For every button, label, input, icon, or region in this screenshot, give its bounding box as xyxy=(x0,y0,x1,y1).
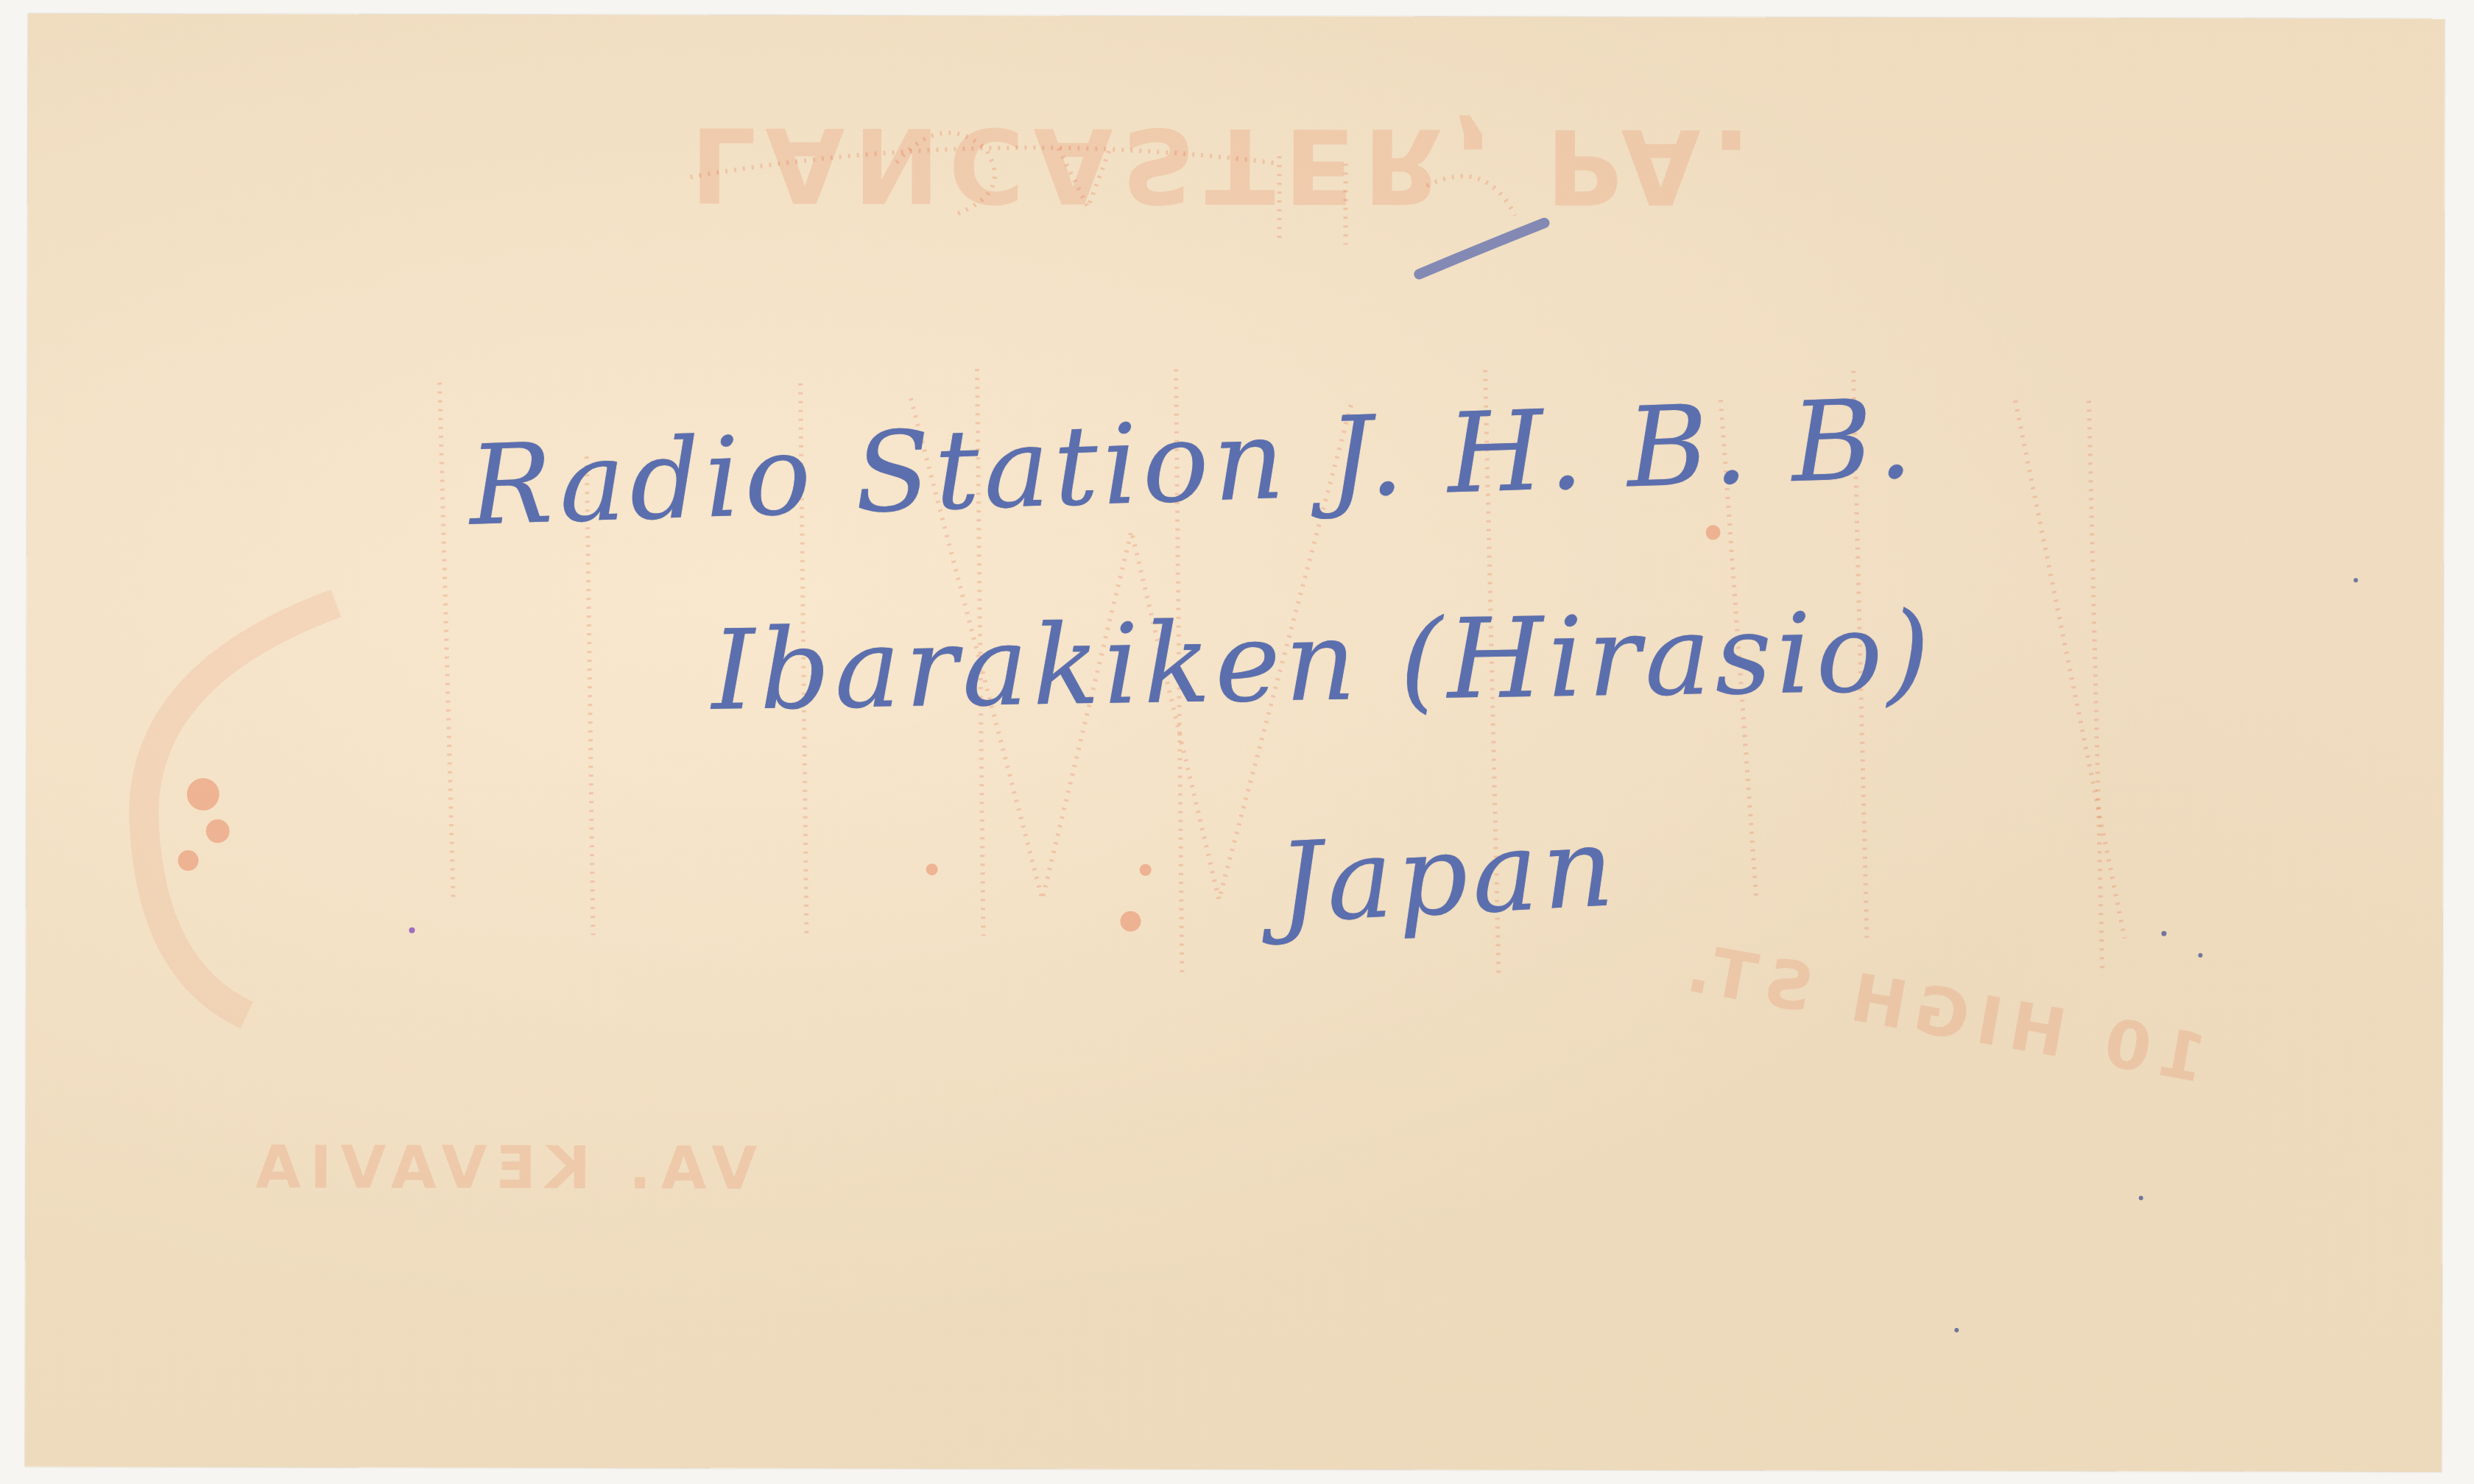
ink-speck xyxy=(2198,953,2202,958)
address-line-prefecture: Ibarakiken (Hirasio) xyxy=(711,589,1935,735)
scan-background: LANCASTER, PA. VA. KEVAVIA 10 HIGH ST. R… xyxy=(0,0,2474,1484)
ink-speck xyxy=(2353,578,2358,582)
postcard-back: LANCASTER, PA. VA. KEVAVIA 10 HIGH ST. R… xyxy=(25,14,2445,1472)
show-through-text-bottom-left: VA. KEVAVIA xyxy=(247,1133,758,1202)
ink-speck xyxy=(409,928,415,933)
ink-speck xyxy=(2161,931,2166,936)
address-line-station: Radio Station J. H. B. B. xyxy=(467,375,1918,551)
address-line-country: Japan xyxy=(1275,803,1621,948)
show-through-large-letters xyxy=(25,14,2445,1472)
show-through-text-right: 10 HIGH ST. xyxy=(1673,928,2212,1098)
ink-speck xyxy=(1954,1328,1959,1332)
show-through-text-top: LANCASTER, PA. xyxy=(690,103,1759,225)
ink-speck xyxy=(2139,1196,2143,1201)
